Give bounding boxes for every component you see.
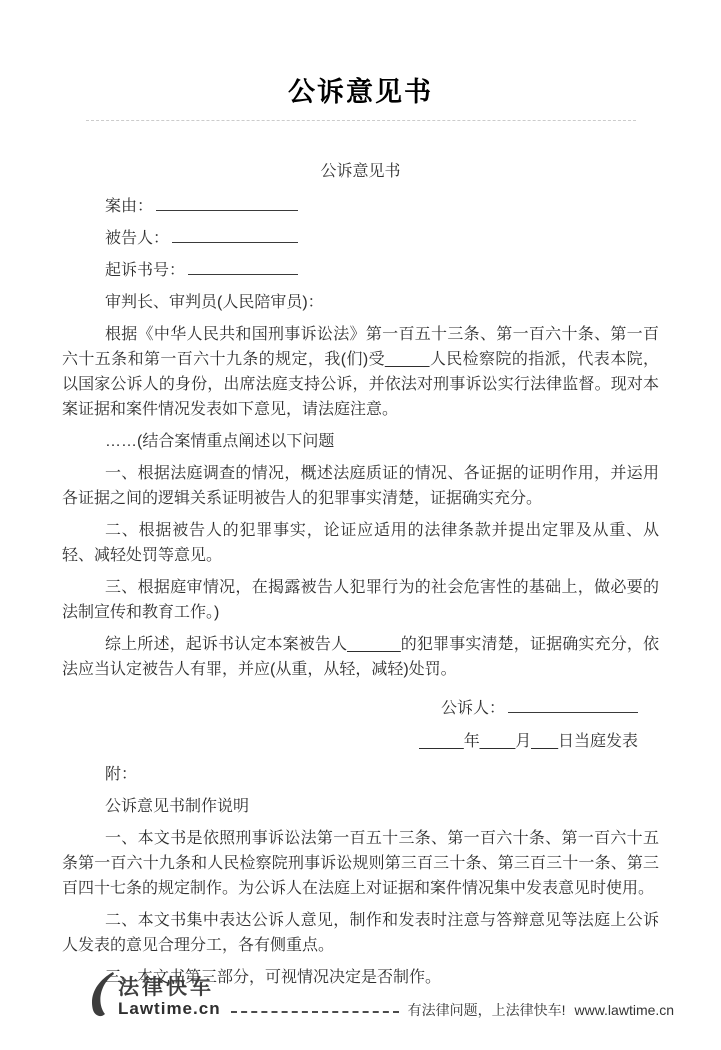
indictment-number-blank-line [188,259,298,275]
appendix-label: 附： [62,762,659,787]
footer-tagline: 有法律问题，上法律快车!www.lawtime.cn [408,1002,674,1018]
defendant-blank-line [172,227,298,243]
footer: 法律快车 Lawtime.cn 有法律问题，上法律快车!www.lawtime.… [88,971,674,1023]
lawtime-logo: 法律快车 Lawtime.cn [88,971,221,1023]
lawtime-logo-cn: 法律快车 [118,976,221,999]
footer-slogan: 有法律问题，上法律快车! [408,1002,566,1018]
crescent-swoosh-icon [88,971,115,1023]
body-paragraph: 二、根据被告人的犯罪事实，论证应适用的法律条款并提出定罪及从重、从轻、减轻处罚等… [62,518,659,568]
field-defendant-label: 被告人： [105,230,169,247]
document-body: 案由： 被告人： 起诉书号： 审判长、审判员(人民陪审员)： 根据《中华人民共和… [62,194,659,990]
field-indictment-number-label: 起诉书号： [105,262,185,279]
lawtime-logo-text: 法律快车 Lawtime.cn [118,976,221,1019]
field-defendant: 被告人： [62,226,659,251]
footer-url: www.lawtime.cn [574,1002,674,1018]
appendix-paragraph: 一、本文书是依照刑事诉讼法第一百五十三条、第一百六十条、第一百六十五条第一百六十… [62,826,659,901]
body-paragraph: 三、根据庭审情况，在揭露被告人犯罪行为的社会危害性的基础上，做必要的法制宣传和教… [62,575,659,625]
footer-divider [231,1011,399,1013]
appendix-heading: 公诉意见书制作说明 [62,794,659,819]
field-case-cause: 案由： [62,194,659,219]
body-paragraph: 综上所述，起诉书认定本案被告人______的犯罪事实清楚，证据确实充分，依法应当… [62,632,659,682]
addressee-line: 审判长、审判员(人民陪审员)： [62,290,659,315]
title-separator [86,120,636,121]
signature-block: 公诉人： _____年____月___日当庭发表 [62,696,659,754]
page-title: 公诉意见书 [0,0,721,110]
lawtime-logo-en: Lawtime.cn [118,999,221,1019]
body-paragraph: 一、根据法庭调查的情况，概述法庭质证的情况、各证据的证明作用，并运用各证据之间的… [62,461,659,511]
case-cause-blank-line [156,195,298,211]
document-subtitle: 公诉意见书 [0,163,721,181]
prosecutor-signature-line: 公诉人： [62,696,638,721]
body-paragraph: ……(结合案情重点阐述以下问题 [62,429,659,454]
date-line: _____年____月___日当庭发表 [62,729,638,754]
prosecutor-blank-line [508,697,638,713]
field-indictment-number: 起诉书号： [62,258,659,283]
body-paragraph: 根据《中华人民共和国刑事诉讼法》第一百五十三条、第一百六十条、第一百六十五条和第… [62,322,659,422]
appendix-paragraph: 二、本文书集中表达公诉人意见，制作和发表时注意与答辩意见等法庭上公诉人发表的意见… [62,908,659,958]
field-case-cause-label: 案由： [105,198,153,215]
prosecutor-label: 公诉人： [441,700,505,717]
document-page: 公诉意见书 公诉意见书 案由： 被告人： 起诉书号： 审判长、审判员(人民陪审员… [0,0,721,990]
